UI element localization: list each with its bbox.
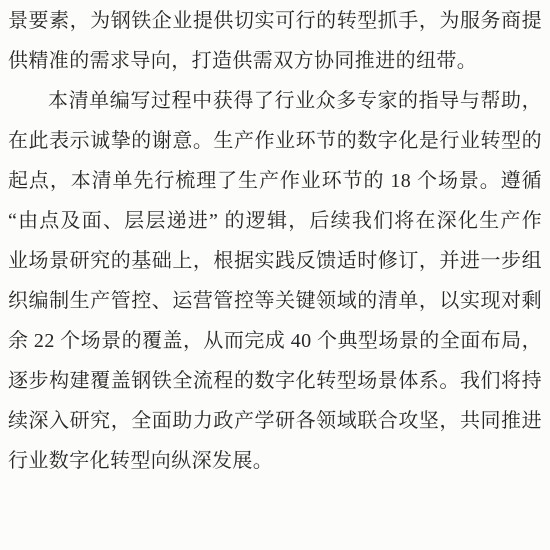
text-line: 在此表示诚挚的谢意。生产作业环节的数字化是行业转型的 xyxy=(8,121,542,161)
text-line: “由点及面、层层递进” 的逻辑，后续我们将在深化生产作 xyxy=(8,201,542,241)
text-line: 景要素，为钢铁企业提供切实可行的转型抓手，为服务商提 xyxy=(8,1,542,41)
text-line: 织编制生产管控、运营管控等关键领域的清单，以实现对剩 xyxy=(8,281,542,321)
text-line: 续深入研究，全面助力政产学研各领域联合攻坚，共同推进 xyxy=(8,401,542,441)
text-line: 业场景研究的基础上，根据实践反馈适时修订，并进一步组 xyxy=(8,241,542,281)
text-line: 供精准的需求导向，打造供需双方协同推进的纽带。 xyxy=(8,41,542,81)
text-line: 起点，本清单先行梳理了生产作业环节的 18 个场景。遵循 xyxy=(8,161,542,201)
text-line: 逐步构建覆盖钢铁全流程的数字化转型场景体系。我们将持 xyxy=(8,361,542,401)
document-page: 景要素，为钢铁企业提供切实可行的转型抓手，为服务商提 供精准的需求导向，打造供需… xyxy=(0,0,550,550)
text-line: 本清单编写过程中获得了行业众多专家的指导与帮助， xyxy=(8,81,542,121)
text-line: 余 22 个场景的覆盖，从而完成 40 个典型场景的全面布局， xyxy=(8,321,542,361)
text-line: 行业数字化转型向纵深发展。 xyxy=(8,441,542,481)
